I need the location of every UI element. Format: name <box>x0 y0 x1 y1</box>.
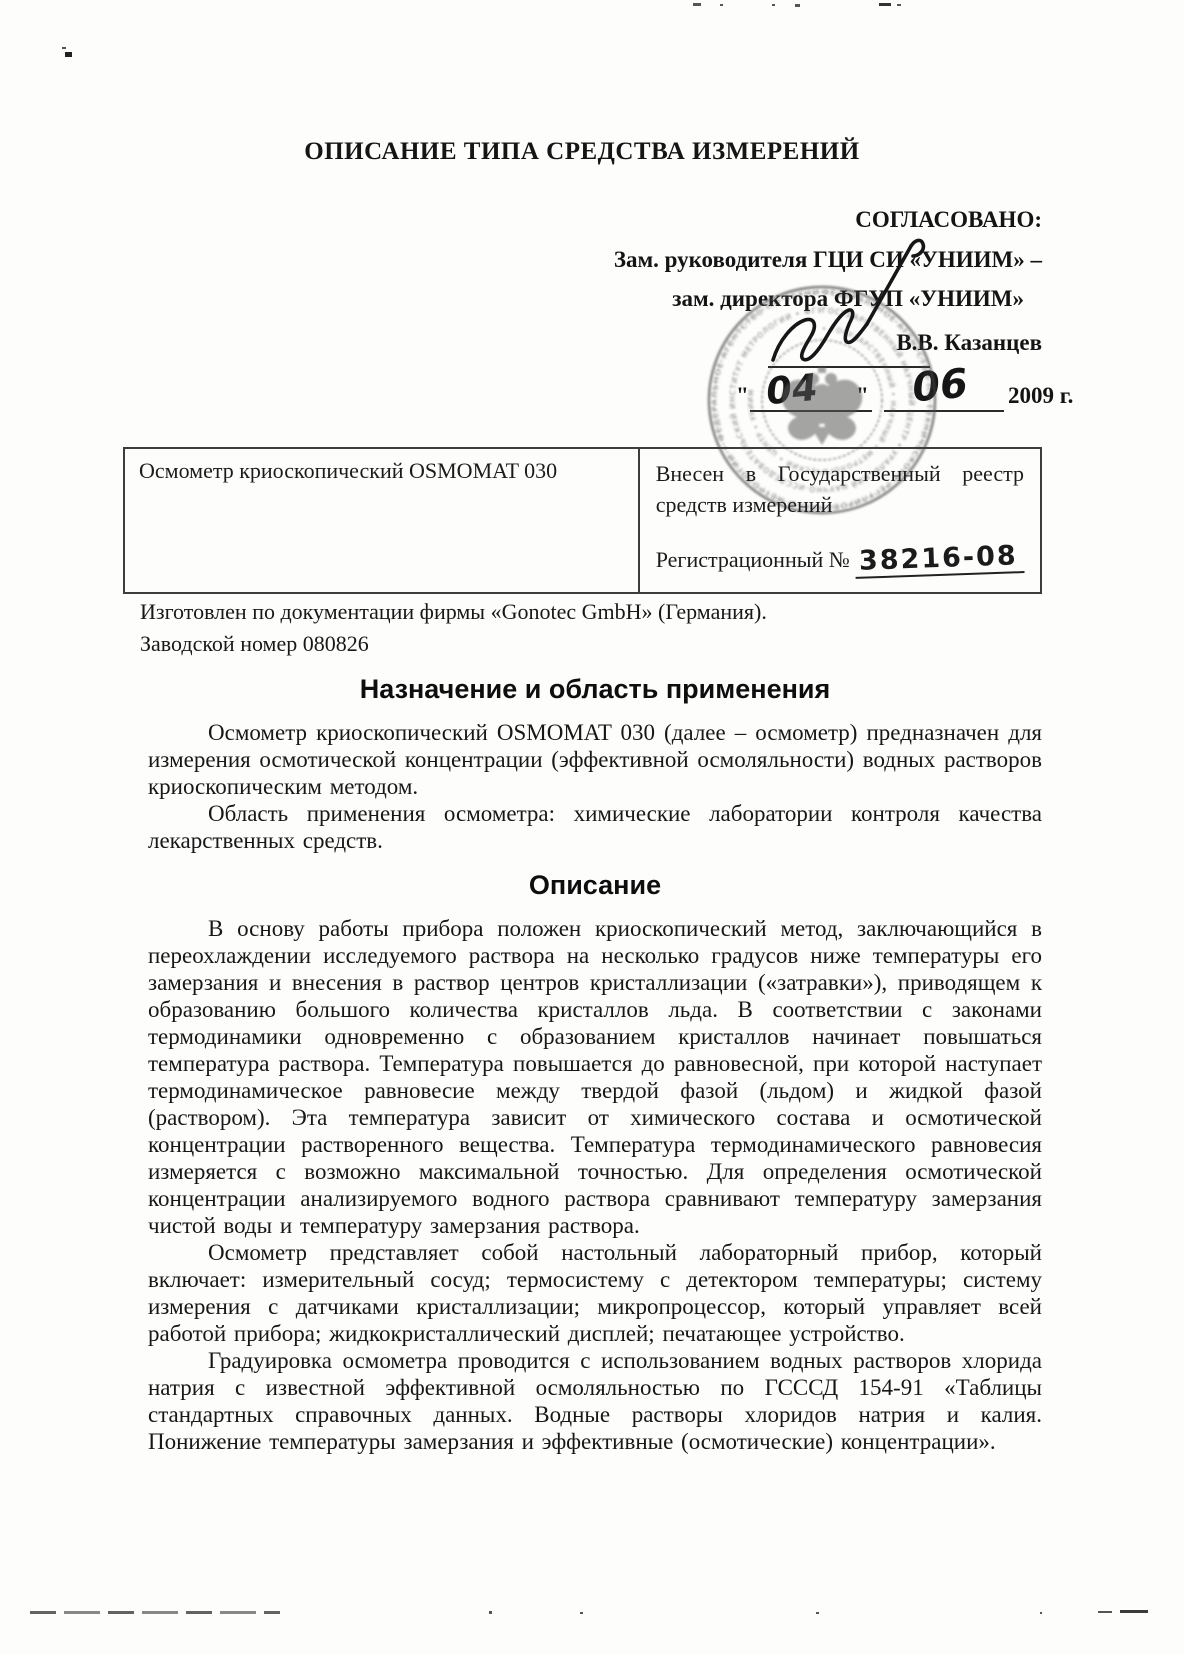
scan-speck <box>65 52 72 57</box>
scanned-document-page: ОПИСАНИЕ ТИПА СРЕДСТВА ИЗМЕРЕНИЙ СОГЛАСО… <box>0 0 1184 1654</box>
scan-speck <box>897 4 901 6</box>
registry-info-cell: Внесен в Государственный реестр средств … <box>640 449 1040 592</box>
signature-autograph <box>735 228 965 388</box>
scan-speck <box>720 4 723 6</box>
registry-note: Внесен в Государственный реестр средств … <box>656 458 1024 520</box>
scan-speck <box>580 1612 583 1614</box>
instrument-name-cell: Осмометр криоскопический OSMOMAT 030 <box>125 449 640 592</box>
manufacture-line1: Изготовлен по документации фирмы «Gonote… <box>140 599 767 625</box>
date-year: 2009 г. <box>1008 383 1073 409</box>
scan-speck <box>879 3 891 6</box>
manufacture-line2: Заводской номер 080826 <box>140 631 369 657</box>
document-body: Назначение и область применения Осмометр… <box>148 676 1042 1455</box>
registration-number-handwritten: 38216-08 <box>855 540 1025 579</box>
scan-speck <box>62 47 66 49</box>
scan-speck <box>816 1612 819 1614</box>
page-title: ОПИСАНИЕ ТИПА СРЕДСТВА ИЗМЕРЕНИЙ <box>0 138 1164 166</box>
section-heading-purpose: Назначение и область применения <box>148 676 1042 703</box>
scan-speck <box>1098 1611 1112 1613</box>
scan-speck <box>1040 1612 1042 1614</box>
scan-speck <box>795 4 800 7</box>
scan-speck <box>1120 1610 1148 1613</box>
scan-speck <box>693 3 701 6</box>
section-heading-description: Описание <box>148 872 1042 899</box>
paragraph: Градуировка осмометра проводится с испол… <box>148 1347 1042 1455</box>
paragraph: Область применения осмометра: химические… <box>148 800 1042 854</box>
scan-speck <box>489 1611 492 1614</box>
paragraph: В основу работы прибора положен криоскоп… <box>148 915 1042 1239</box>
scan-speck <box>772 4 775 6</box>
scan-artifact-line <box>30 1611 280 1614</box>
registration-label: Регистрационный № <box>656 547 850 572</box>
instrument-name: Осмометр криоскопический OSMOMAT 030 <box>139 458 557 483</box>
registry-table: Осмометр криоскопический OSMOMAT 030 Вне… <box>123 447 1042 594</box>
paragraph: Осмометр криоскопический OSMOMAT 030 (да… <box>148 719 1042 800</box>
paragraph: Осмометр представляет собой настольный л… <box>148 1239 1042 1347</box>
